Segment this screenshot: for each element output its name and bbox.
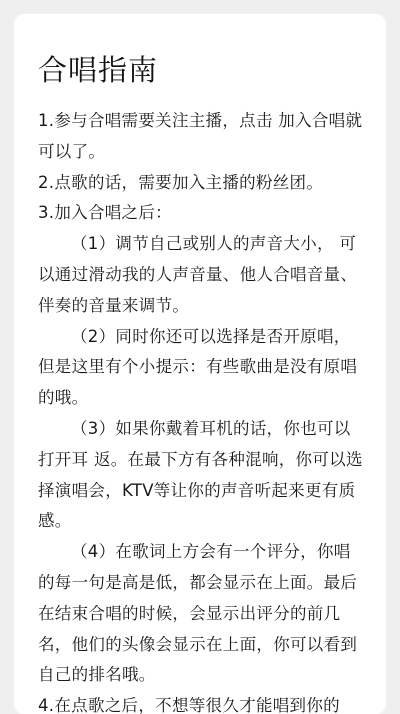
guide-substep-volume: （1）调节自己或别人的声音大小， 可以通过滑动我的人声音量、他人合唱音量、伴奏的…: [38, 229, 364, 321]
guide-step-3: 3.加入合唱之后：: [38, 198, 364, 229]
guide-step-2: 2.点歌的话，需要加入主播的粉丝团。: [38, 168, 364, 199]
guide-substep-score: （4）在歌词上方会有一个评分，你唱的每一句是高是低，都会显示在上面。最后在结束合…: [38, 537, 364, 674]
guide-card: 合唱指南 1.参与合唱需要关注主播，点击 加入合唱就可以了。 2.点歌的话，需要…: [14, 14, 386, 674]
guide-substep-ear-return: （3）如果你戴着耳机的话，你也可以打开耳 返。在最下方有各种混响，你可以选择演唱…: [38, 414, 364, 537]
guide-step-1: 1.参与合唱需要关注主播，点击 加入合唱就可以了。: [38, 106, 364, 168]
page-title: 合唱指南: [38, 50, 364, 90]
guide-substep-original-vocal: （2）同时你还可以选择是否开原唱，但是这里有个小提示：有些歌曲是没有原唱的哦。: [38, 322, 364, 414]
guide-content: 1.参与合唱需要关注主播，点击 加入合唱就可以了。 2.点歌的话，需要加入主播的…: [38, 106, 364, 674]
